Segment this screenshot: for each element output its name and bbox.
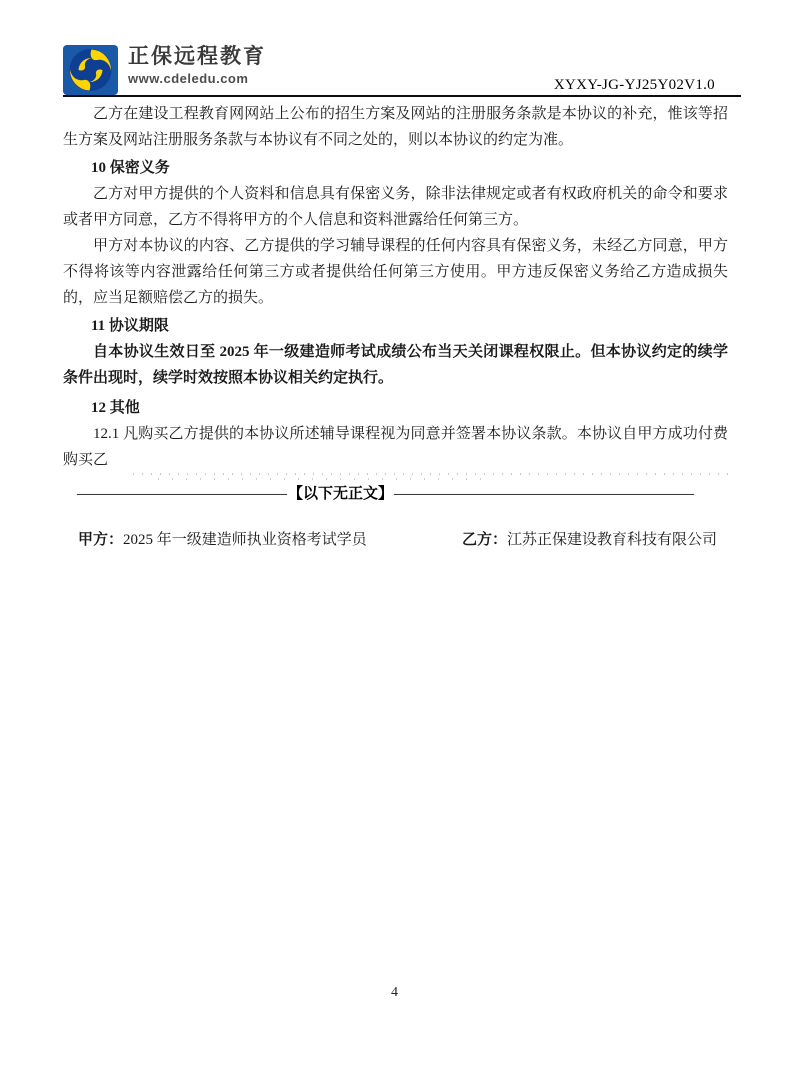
paragraph-intro: 乙方在建设工程教育网网站上公布的招生方案及网站的注册服务条款是本协议的补充，惟该… bbox=[63, 101, 728, 153]
party-a-label: 甲方： bbox=[78, 532, 123, 548]
brand-name: 正保远程教育 bbox=[128, 44, 266, 70]
document-page: 正保远程教育 www.cdeledu.com XYXY-JG-YJ25Y02V1… bbox=[0, 0, 789, 1079]
signature-row: 甲方：2025 年一级建造师执业资格考试学员 乙方：江苏正保建设教育科技有限公司 bbox=[63, 527, 728, 553]
clipped-text-row bbox=[133, 473, 728, 475]
doc-code: XYXY-JG-YJ25Y02V1.0 bbox=[554, 77, 715, 94]
page-header: 正保远程教育 www.cdeledu.com XYXY-JG-YJ25Y02V1… bbox=[63, 0, 741, 97]
brand-logo-icon bbox=[63, 45, 118, 95]
clipped-text-row bbox=[158, 478, 488, 480]
brand-logo bbox=[63, 45, 118, 95]
section-11-paragraph-1: 自本协议生效日至 2025 年一级建造师考试成绩公布当天关闭课程权限止。但本协议… bbox=[63, 339, 728, 391]
section-12-paragraph-1: 12.1 凡购买乙方提供的本协议所述辅导课程视为同意并签署本协议条款。本协议自甲… bbox=[63, 421, 728, 473]
party-b-signature: 乙方：江苏正保建设教育科技有限公司 bbox=[462, 527, 717, 553]
clipped-text-artifact bbox=[63, 473, 728, 481]
page-footer: 4 bbox=[0, 985, 789, 1001]
divider-dashes-left: —————————————— bbox=[77, 486, 287, 502]
party-a-signature: 甲方：2025 年一级建造师执业资格考试学员 bbox=[78, 527, 367, 553]
contract-body: 乙方在建设工程教育网网站上公布的招生方案及网站的注册服务条款是本协议的补充，惟该… bbox=[63, 97, 728, 553]
section-10-paragraph-2: 甲方对本协议的内容、乙方提供的学习辅导课程的任何内容具有保密义务，未经乙方同意，… bbox=[63, 233, 728, 311]
party-a-name: 2025 年一级建造师执业资格考试学员 bbox=[123, 532, 367, 548]
end-of-text-divider: ——————————————【以下无正文】———————————————————… bbox=[63, 481, 728, 507]
party-b-label: 乙方： bbox=[462, 532, 507, 548]
divider-dashes-right: ———————————————————— bbox=[394, 486, 694, 502]
party-b-name: 江苏正保建设教育科技有限公司 bbox=[507, 532, 717, 548]
section-11-heading: 11 协议期限 bbox=[63, 313, 728, 339]
section-10-paragraph-1: 乙方对甲方提供的个人资料和信息具有保密义务，除非法律规定或者有权政府机关的命令和… bbox=[63, 181, 728, 233]
brand-url: www.cdeledu.com bbox=[128, 70, 266, 87]
brand-text-block: 正保远程教育 www.cdeledu.com bbox=[128, 44, 266, 87]
section-12-heading: 12 其他 bbox=[63, 395, 728, 421]
page-number: 4 bbox=[391, 985, 398, 1000]
section-10-heading: 10 保密义务 bbox=[63, 155, 728, 181]
divider-label: 【以下无正文】 bbox=[288, 486, 393, 502]
